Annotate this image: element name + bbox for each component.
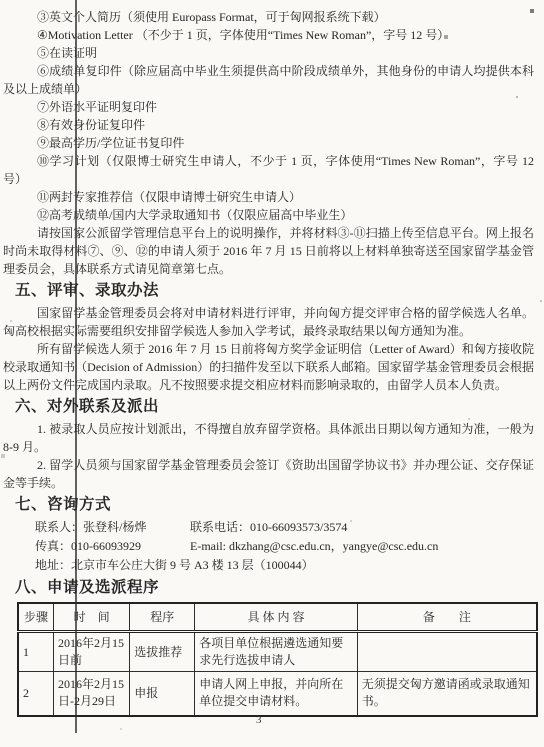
- list-item: ⑩学习计划（仅限博士研究生申请人，不少于 1 页，字体使用“Times New …: [3, 152, 534, 188]
- contact-row: 地址：北京市车公庄大街 9 号 A3 楼 13 层（100044）: [35, 556, 534, 575]
- list-item: ⑫高考成绩单/国内大学录取通知书（仅限应届高中毕业生）: [3, 206, 534, 224]
- cell-content: 申请人网上申报，并向所在单位提交申请材料。: [195, 672, 358, 716]
- cell-step: 2: [18, 672, 54, 716]
- table-row: 2 2016年2月15日-2月29日 申报 申请人网上申报，并向所在单位提交申请…: [18, 672, 537, 716]
- table-row: 1 2016年2月15日前 选拔推荐 各项目单位根据遴选通知要求先行选拔申请人: [18, 632, 537, 672]
- list-item: ⑪两封专家推荐信（仅限申请博士研究生申请人）: [3, 188, 534, 206]
- list-item: ⑥成绩单复印件（除应届高中毕业生须提供高中阶段成绩单外，其他身份的申请人均提供本…: [3, 62, 534, 98]
- table-header-content: 具 体 内 容: [195, 603, 358, 632]
- scanned-document-page: ③英文个人简历（须使用 Europass Format，可于匈网报系统下载） ④…: [0, 0, 544, 747]
- section-heading-procedure: 八、申请及选派程序: [15, 577, 534, 599]
- paragraph: 所有留学候选人须于 2016 年 7 月 15 日前将匈方奖学金证明信（Lett…: [3, 340, 534, 394]
- document-content: ③英文个人简历（须使用 Europass Format，可于匈网报系统下载） ④…: [3, 8, 534, 717]
- table-header-note: 备 注: [357, 603, 537, 632]
- table-header-procedure: 程序: [130, 603, 195, 632]
- list-item: ⑨最高学历/学位证书复印件: [3, 134, 534, 152]
- table-header-time: 时 间: [54, 603, 130, 632]
- cell-time: 2016年2月15日-2月29日: [54, 672, 130, 716]
- section-heading-review: 五、评审、录取办法: [15, 280, 534, 302]
- table-header-row: 步骤 时 间 程序 具 体 内 容 备 注: [18, 603, 537, 632]
- cell-note: [357, 632, 537, 672]
- scan-noise-speckles: [0, 0, 2, 2]
- page-number: 3: [256, 714, 262, 726]
- scan-fold-line: [75, 0, 77, 733]
- section-heading-dispatch: 六、对外联系及派出: [15, 396, 534, 418]
- cell-step: 1: [18, 632, 54, 672]
- table-header-step: 步骤: [18, 603, 54, 632]
- section-heading-contact: 七、咨询方式: [15, 494, 534, 516]
- cell-time: 2016年2月15日前: [54, 632, 130, 672]
- list-item: ④Motivation Letter （不少于 1 页，字体使用“Times N…: [3, 26, 534, 44]
- contact-email: E-mail: dkzhang@csc.edu.cn，yangye@csc.ed…: [190, 537, 534, 556]
- procedure-table: 步骤 时 间 程序 具 体 内 容 备 注 1 2016年2月15日前 选拔推荐…: [17, 602, 538, 717]
- cell-note: 无须提交匈方邀请函或录取通知书。: [357, 672, 537, 716]
- contact-row: 传真：010-66093929 E-mail: dkzhang@csc.edu.…: [35, 537, 534, 556]
- paragraph: 2. 留学人员须与国家留学基金管理委员会签订《资助出国留学协议书》并办理公证、交…: [3, 456, 534, 492]
- list-item: ③英文个人简历（须使用 Europass Format，可于匈网报系统下载）: [3, 8, 534, 26]
- paragraph: 1. 被录取人员应按计划派出，不得擅自放弃留学资格。具体派出日期以匈方通知为准，…: [3, 420, 534, 456]
- contact-phone: 联系电话：010-66093573/3574: [190, 518, 534, 537]
- materials-list: ③英文个人简历（须使用 Europass Format，可于匈网报系统下载） ④…: [3, 8, 534, 224]
- contact-person: 联系人：张登科/杨烨: [35, 518, 190, 537]
- cell-content: 各项目单位根据遴选通知要求先行选拔申请人: [195, 632, 358, 672]
- contact-fax: 传真：010-66093929: [35, 537, 190, 556]
- materials-note-paragraph: 请按国家公派留学管理信息平台上的说明操作，并将材料③-⑪扫描上传至信息平台。网上…: [3, 224, 534, 278]
- list-item: ⑦外语水平证明复印件: [3, 98, 534, 116]
- paragraph: 国家留学基金管理委员会将对申请材料进行评审，并向匈方提交评审合格的留学候选人名单…: [3, 304, 534, 340]
- cell-procedure: 申报: [130, 672, 195, 716]
- contact-row: 联系人：张登科/杨烨 联系电话：010-66093573/3574: [35, 518, 534, 537]
- cell-procedure: 选拔推荐: [130, 632, 195, 672]
- list-item: ⑧有效身份证复印件: [3, 116, 534, 134]
- list-item: ⑤在读证明: [3, 44, 534, 62]
